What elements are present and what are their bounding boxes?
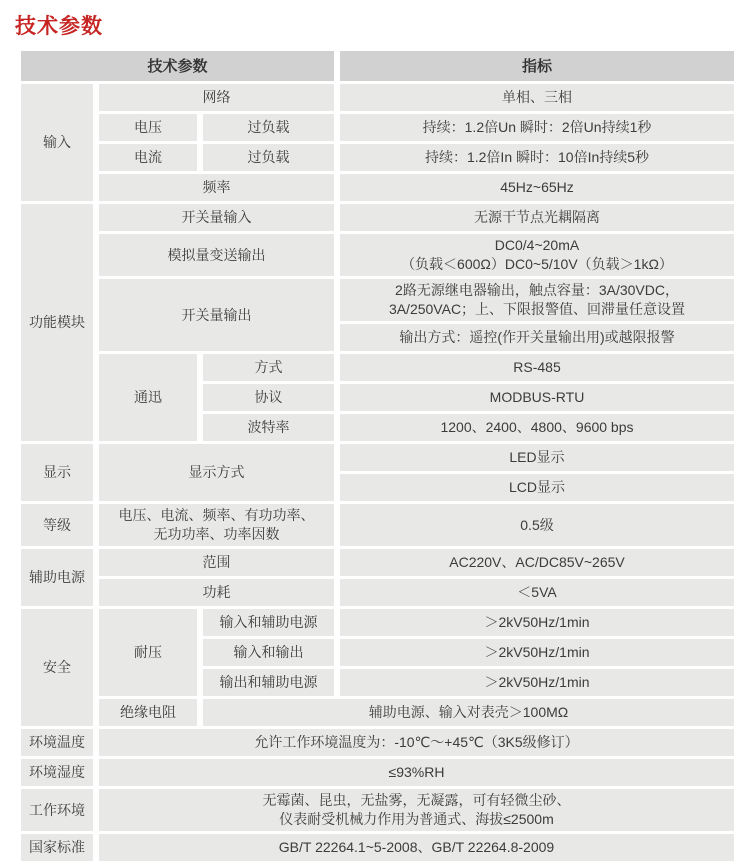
cell-withstand-row1-value: ＞2kV50Hz/1min xyxy=(340,609,734,636)
table-row: 功能模块 开关量输入 无源干节点光耦隔离 xyxy=(21,204,734,231)
cell-accuracy-items: 电压、电流、频率、有功功率、 无功功率、功率因数 xyxy=(99,504,334,546)
cell-withstand-row3-value: ＞2kV50Hz/1min xyxy=(340,669,734,696)
table-row: 频率 45Hz~65Hz xyxy=(21,174,734,201)
table-row: 环境温度 允许工作环境温度为：-10℃～+45℃（3K5级修订） xyxy=(21,729,734,756)
cell-standard-label: 国家标准 xyxy=(21,834,93,861)
cell-standard-value: GB/T 22264.1~5-2008、GB/T 22264.8-2009 xyxy=(99,834,734,861)
cell-withstand-row3-label: 输出和辅助电源 xyxy=(203,669,334,696)
table-row: 功耗 ＜5VA xyxy=(21,579,734,606)
cell-comm-baud-label: 波特率 xyxy=(203,414,334,441)
cell-envhumidity-value: ≤93%RH xyxy=(99,759,734,786)
cell-workenv-label: 工作环境 xyxy=(21,789,93,831)
cell-envhumidity-label: 环境湿度 xyxy=(21,759,93,786)
cell-frequency-value: 45Hz~65Hz xyxy=(340,174,734,201)
cell-voltage-value: 持续：1.2倍Un 瞬时：2倍Un持续1秒 xyxy=(340,114,734,141)
table-row: 开关量输出 2路无源继电器输出，触点容量：3A/30VDC， 3A/250VAC… xyxy=(21,279,734,321)
cell-withstand-row2-value: ＞2kV50Hz/1min xyxy=(340,639,734,666)
table-row: 辅助电源 范围 AC220V、AC/DC85V~265V xyxy=(21,549,734,576)
cell-voltage-overload: 过负载 xyxy=(203,114,334,141)
cell-withstand-row2-label: 输入和输出 xyxy=(203,639,334,666)
table-row: 绝缘电阻 辅助电源、输入对表壳＞100MΩ xyxy=(21,699,734,726)
cell-switch-output-label: 开关量输出 xyxy=(99,279,334,351)
table-row: 工作环境 无霉菌、昆虫，无盐雾，无凝露，可有轻微尘砂、 仪表耐受机械力作用为普通… xyxy=(21,789,734,831)
cell-analog-output-label: 模拟量变送输出 xyxy=(99,234,334,276)
cell-envtemp-value: 允许工作环境温度为：-10℃～+45℃（3K5级修订） xyxy=(99,729,734,756)
header-indicator: 指标 xyxy=(340,51,734,81)
header-row: 技术参数 指标 xyxy=(21,51,734,81)
table-row: 显示 显示方式 LED显示 xyxy=(21,444,734,471)
table-row: 电压 过负载 持续：1.2倍Un 瞬时：2倍Un持续1秒 xyxy=(21,114,734,141)
cell-current-label: 电流 xyxy=(99,144,197,171)
cell-network-value: 单相、三相 xyxy=(340,84,734,111)
table-row: 等级 电压、电流、频率、有功功率、 无功功率、功率因数 0.5级 xyxy=(21,504,734,546)
cell-accuracy-category: 等级 xyxy=(21,504,93,546)
page-title: 技术参数 xyxy=(15,10,754,40)
cell-safety-category: 安全 xyxy=(21,609,93,726)
cell-comm-protocol-label: 协议 xyxy=(203,384,334,411)
cell-switch-input-value: 无源干节点光耦隔离 xyxy=(340,204,734,231)
cell-switch-output-value2: 输出方式：遥控(作开关量输出用)或越限报警 xyxy=(340,324,734,351)
cell-input-category: 输入 xyxy=(21,84,93,201)
table-row: 安全 耐压 输入和辅助电源 ＞2kV50Hz/1min xyxy=(21,609,734,636)
cell-switch-input-label: 开关量输入 xyxy=(99,204,334,231)
cell-display-lcd-value: LCD显示 xyxy=(340,474,734,501)
table-row: 电流 过负载 持续：1.2倍In 瞬时：10倍In持续5秒 xyxy=(21,144,734,171)
spec-table: 技术参数 指标 输入 网络 单相、三相 电压 过负载 持续：1.2倍Un 瞬时：… xyxy=(15,48,740,864)
cell-auxpower-consumption-value: ＜5VA xyxy=(340,579,734,606)
cell-current-overload: 过负载 xyxy=(203,144,334,171)
cell-analog-output-value: DC0/4~20mA （负载＜600Ω）DC0~5/10V（负载＞1kΩ） xyxy=(340,234,734,276)
cell-auxpower-consumption-label: 功耗 xyxy=(99,579,334,606)
table-row: 环境湿度 ≤93%RH xyxy=(21,759,734,786)
cell-envtemp-label: 环境温度 xyxy=(21,729,93,756)
cell-voltage-label: 电压 xyxy=(99,114,197,141)
table-row: 模拟量变送输出 DC0/4~20mA （负载＜600Ω）DC0~5/10V（负载… xyxy=(21,234,734,276)
cell-comm-mode-value: RS-485 xyxy=(340,354,734,381)
cell-workenv-value: 无霉菌、昆虫，无盐雾，无凝露，可有轻微尘砂、 仪表耐受机械力作用为普通式、海拔≤… xyxy=(99,789,734,831)
cell-auxpower-category: 辅助电源 xyxy=(21,549,93,606)
cell-insulation-label: 绝缘电阻 xyxy=(99,699,197,726)
header-params: 技术参数 xyxy=(21,51,334,81)
cell-insulation-value: 辅助电源、输入对表壳＞100MΩ xyxy=(203,699,734,726)
cell-current-value: 持续：1.2倍In 瞬时：10倍In持续5秒 xyxy=(340,144,734,171)
cell-withstand-row1-label: 输入和辅助电源 xyxy=(203,609,334,636)
cell-display-led-value: LED显示 xyxy=(340,444,734,471)
table-row: 国家标准 GB/T 22264.1~5-2008、GB/T 22264.8-20… xyxy=(21,834,734,861)
cell-display-mode-label: 显示方式 xyxy=(99,444,334,501)
cell-comm-baud-value: 1200、2400、4800、9600 bps xyxy=(340,414,734,441)
cell-function-category: 功能模块 xyxy=(21,204,93,441)
cell-display-category: 显示 xyxy=(21,444,93,501)
cell-auxpower-range-value: AC220V、AC/DC85V~265V xyxy=(340,549,734,576)
cell-comm-protocol-value: MODBUS-RTU xyxy=(340,384,734,411)
cell-frequency-label: 频率 xyxy=(99,174,334,201)
table-row: 输入 网络 单相、三相 xyxy=(21,84,734,111)
cell-switch-output-value1: 2路无源继电器输出，触点容量：3A/30VDC， 3A/250VAC；上、下限报… xyxy=(340,279,734,321)
cell-comm-label: 通迅 xyxy=(99,354,197,441)
cell-comm-mode-label: 方式 xyxy=(203,354,334,381)
cell-withstand-label: 耐压 xyxy=(99,609,197,696)
cell-network-label: 网络 xyxy=(99,84,334,111)
cell-auxpower-range-label: 范围 xyxy=(99,549,334,576)
cell-accuracy-value: 0.5级 xyxy=(340,504,734,546)
table-row: 通迅 方式 RS-485 xyxy=(21,354,734,381)
